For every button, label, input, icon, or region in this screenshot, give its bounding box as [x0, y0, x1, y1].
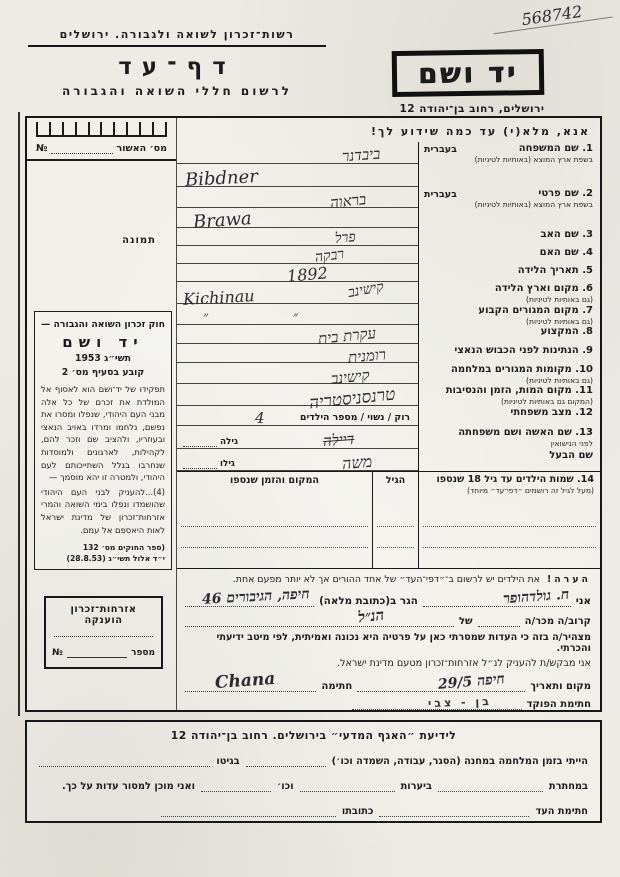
form-subtitle: לרשום חללי השואה והגבורה [28, 84, 326, 98]
children-table: 14. שמות הילדים עד גיל 18 שנספו (מעל לגי… [177, 471, 600, 569]
field-label: בעברית 2. שם פרטי בשפת ארץ המוצא (באותיו… [418, 187, 600, 228]
declarant-name-blank: ח. גולדהופר [423, 595, 571, 607]
approval-number-row: מס׳ האשור № [27, 137, 176, 161]
place-date-blank: חיפה 29/5 [357, 680, 525, 692]
field-husband-name: שם הבעל משה גילו [177, 449, 600, 471]
children-place-row [181, 527, 368, 548]
declaration-statement: מצהיר/ה בזה כי העדות שמסרתי כאן על פרטיה… [177, 627, 600, 654]
scan-edge-line [18, 112, 20, 716]
signature-label: חתימה [321, 681, 352, 692]
status-options: רוק / נשוי / מספר הילדים [300, 412, 410, 423]
handwriting-wartime-residence: קישינב [330, 366, 370, 389]
field-first-name: בעברית 2. שם פרטי בשפת ארץ המוצא (באותיו… [177, 187, 600, 228]
law-title-yad-vashem: יד ושם [41, 333, 165, 351]
children-name-row [423, 527, 596, 548]
children-header: 14. שמות הילדים עד גיל 18 שנספו (מעל לגי… [419, 472, 600, 505]
children-place-row [181, 505, 368, 526]
children-place-column: המקום והזמן שנספו [177, 472, 372, 568]
handwriting-place-date: חיפה 29/5 [438, 671, 506, 694]
handwriting-children-count: 4 [255, 409, 265, 427]
field-birth-place: 6. מקום וארץ הלידה (גם באותיות לטיניות) … [177, 282, 600, 304]
field-fill: בראוה Brawa [177, 187, 418, 228]
law-body-2: (4)...להעניק לבני העם היהודי שהושמדו ונפ… [41, 486, 165, 536]
citizenship-number-label: מספר [131, 648, 155, 658]
forests-blank [300, 782, 395, 792]
decl-i-label: אני [576, 595, 591, 607]
field-permanent-residence: 7. מקום המגורים הקבוע (גם באותיות לטיניו… [177, 304, 600, 325]
witness-signature-blank [379, 807, 529, 817]
place-date-label: מקום ותאריך [530, 681, 591, 692]
signature-blank: Chana [185, 680, 316, 692]
citizenship-dotted-line [54, 626, 153, 637]
relative-blank [478, 615, 520, 627]
field-wartime-residence: 10. מקומות המגורים במלחמה (גם באותיות לט… [177, 363, 600, 384]
note-text: את הילדים יש לרשום ב־״דפי־העד״ של אחד הה… [233, 574, 540, 585]
wartime-camp-line: הייתי בזמן המלחמה במחנה (הסגר, עבודה, הש… [39, 756, 588, 767]
citizenship-number-row: מספר № [52, 648, 155, 658]
field-family-status: 12. מצב משפחתי רוק / נשוי / מספר הילדים … [177, 406, 600, 426]
field-mother-name: 4. שם האם רבקה [177, 246, 600, 264]
fields-area: אנא, מלא(י) עד כמה שידוע לך! בעברית 1. ש… [177, 118, 600, 710]
wife-age-label: גילה [183, 437, 238, 447]
hebrew-lang-label: בעברית [424, 144, 457, 155]
handwriting-citizenship: רומנית [347, 345, 387, 367]
children-name-row [423, 548, 596, 568]
field-place-of-death: 11. מקום המות, הזמן והנסיבות (המקום גם ב… [177, 384, 600, 407]
scanned-page: רשות־זכרון לשואה ולגבורה. ירושלים דף־עד … [0, 0, 620, 877]
husband-age-label: גילו [183, 459, 235, 469]
handwriting-declarant-address: חיפה, הגיבורים 46 [202, 586, 310, 609]
handwriting-family-name-hebrew: ביבדנר [341, 145, 381, 167]
tick-strip [36, 122, 167, 137]
field-birth-date: 5. תאריך הלידה 1892 [177, 264, 600, 283]
handwriting-first-name-latin: Brawa [192, 208, 252, 233]
underground-forests-line: במחתרת ביערות וכו׳ ואני מוכן למסור עדות … [39, 781, 588, 792]
approval-blank [51, 144, 112, 154]
field-wife-name: 13. שם האשה ושם משפחתה לפני הנישואין דיי… [177, 426, 600, 450]
relative-line: קרוב/ה מכר/ה של הנ״ל [177, 607, 600, 627]
handwriting-relation-of: הנ״ל [357, 605, 385, 627]
children-age-row [377, 548, 414, 568]
approval-label: מס׳ האשור [117, 143, 167, 154]
declarant-address-blank: חיפה, הגיבורים 46 [185, 595, 314, 607]
yad-vashem-logo: יד ושם [392, 49, 545, 97]
witness-signature-line: חתימת העד כתובתו [39, 806, 588, 817]
law-body: תפקידו של יד־ושם הוא לאסוף אל המולדת את … [41, 383, 165, 484]
note-line: הערה!את הילדים יש לרשום ב־״דפי־העד״ של א… [177, 569, 600, 585]
approval-numero-mark: № [36, 143, 47, 154]
children-place-row [181, 548, 368, 568]
children-age-row [377, 505, 414, 526]
clerk-stamp: בן - צבי [428, 695, 492, 710]
children-age-column: הגיל [372, 472, 418, 568]
law-section: קובע בסעיף מס׳ 2 [41, 367, 165, 378]
age-column-header: הגיל [373, 472, 418, 505]
note-title: הערה! [547, 574, 591, 585]
handwriting-ditto-marks: ״ ״ [203, 309, 338, 326]
citizenship-granted-box: אזרחות־זכרון הוענקה מספר № [44, 596, 163, 669]
handwriting-birth-date: 1892 [287, 264, 329, 286]
citizenship-request: אני מבקש/ת להעניק לנ״ל אזרחות־זכרון מטעם… [177, 654, 600, 669]
handwriting-signature: Chana [214, 669, 276, 693]
children-names-column: 14. שמות הילדים עד גיל 18 שנספו (מעל לגי… [418, 472, 600, 568]
handwriting-first-name-hebrew: בראוה [329, 190, 367, 213]
scientific-branch-header: לידיעת ״האגף המדעי״ בירושלים. רחוב בן־יה… [39, 729, 588, 742]
scientific-branch-box: לידיעת ״האגף המדעי״ בירושלים. רחוב בן־יה… [25, 720, 602, 823]
resides-label: הגר ב(כתובת מלאה) [319, 595, 418, 607]
relative-label: קרוב/ה מכר/ה [525, 616, 591, 627]
field-father-name: 3. שם האב פרל [177, 228, 600, 246]
relation-of-blank: הנ״ל [185, 615, 454, 627]
hebrew-lang-label: בעברית [424, 189, 457, 200]
children-name-row [423, 505, 596, 526]
handwriting-father-name: פרל [335, 229, 357, 248]
logo-address: ירושלים, רחוב בן־יהודה 12 [352, 103, 592, 115]
masthead: רשות־זכרון לשואה ולגבורה. ירושלים דף־עד … [28, 28, 326, 98]
citizenship-numero-mark: № [52, 648, 63, 658]
handwriting-husband-name: משה [341, 452, 373, 475]
handwriting-declarant-name: ח. גולדהופר [502, 587, 569, 609]
citizenship-number-blank [67, 649, 127, 658]
handwriting-birth-place-hebrew: קישינב [347, 279, 385, 302]
witness-address-blank [161, 807, 336, 817]
place-column-header: המקום והזמן שנספו [177, 472, 372, 505]
clerk-signature-blank: בן - צבי [352, 698, 522, 710]
field-label: בעברית 1. שם המשפחה בשפת ארץ המוצא (באות… [418, 142, 600, 187]
of-label: של [459, 616, 473, 627]
etc-blank [201, 782, 271, 792]
handwriting-wife-name: דיילה [322, 430, 355, 451]
age-dotted-line [183, 461, 217, 469]
citizenship-title: אזרחות־זכרון הוענקה [52, 604, 155, 626]
age-dotted-line [183, 439, 217, 447]
field-family-name: בעברית 1. שם המשפחה בשפת ארץ המוצא (באות… [177, 142, 600, 187]
clerk-signature-line: חתימת הפוקד בן - צבי [177, 692, 600, 710]
left-column: מס׳ האשור № תמונה חוק זכרון השואה והגבור… [27, 118, 177, 710]
serial-number-handwritten: 568742 [491, 0, 613, 34]
law-title-1: חוק זכרון השואה והגבורה — [41, 319, 165, 330]
camp-blank [246, 757, 326, 767]
law-sidebar: חוק זכרון השואה והגבורה — יד ושם תשי״ג 1… [34, 311, 172, 570]
clerk-signature-label: חתימת הפוקד [527, 699, 591, 710]
photo-label: תמונה [122, 235, 156, 246]
field-fill: ביבדנר Bibdner [177, 142, 418, 187]
declarant-line: אני ח. גולדהופר הגר ב(כתובת מלאה) חיפה, … [177, 585, 600, 607]
ghetto-blank [39, 757, 210, 767]
main-form-box: מס׳ האשור № תמונה חוק זכרון השואה והגבור… [25, 116, 602, 712]
form-title: דף־עד [28, 54, 326, 80]
field-profession: 8. המקצוע עקרת בית [177, 325, 600, 344]
logo-text: יד ושם [418, 57, 518, 89]
children-age-row [377, 527, 414, 548]
law-year: תשי״ג 1953 [41, 353, 165, 364]
law-source: (ספר החוקים מס׳ 132 י״ד אלול תשי״ג (28.8… [41, 542, 165, 564]
handwriting-family-name-latin: Bibdner [185, 166, 259, 191]
underground-blank [438, 782, 543, 792]
authority-line: רשות־זכרון לשואה ולגבורה. ירושלים [28, 28, 326, 47]
place-date-signature-line: מקום ותאריך חיפה 29/5 חתימה Chana [177, 669, 600, 693]
field-citizenship: 9. הנתינות לפני הכבוש הנאצי רומנית [177, 344, 600, 363]
fill-instruction: אנא, מלא(י) עד כמה שידוע לך! [177, 118, 600, 142]
photo-area: תמונה [27, 161, 176, 311]
